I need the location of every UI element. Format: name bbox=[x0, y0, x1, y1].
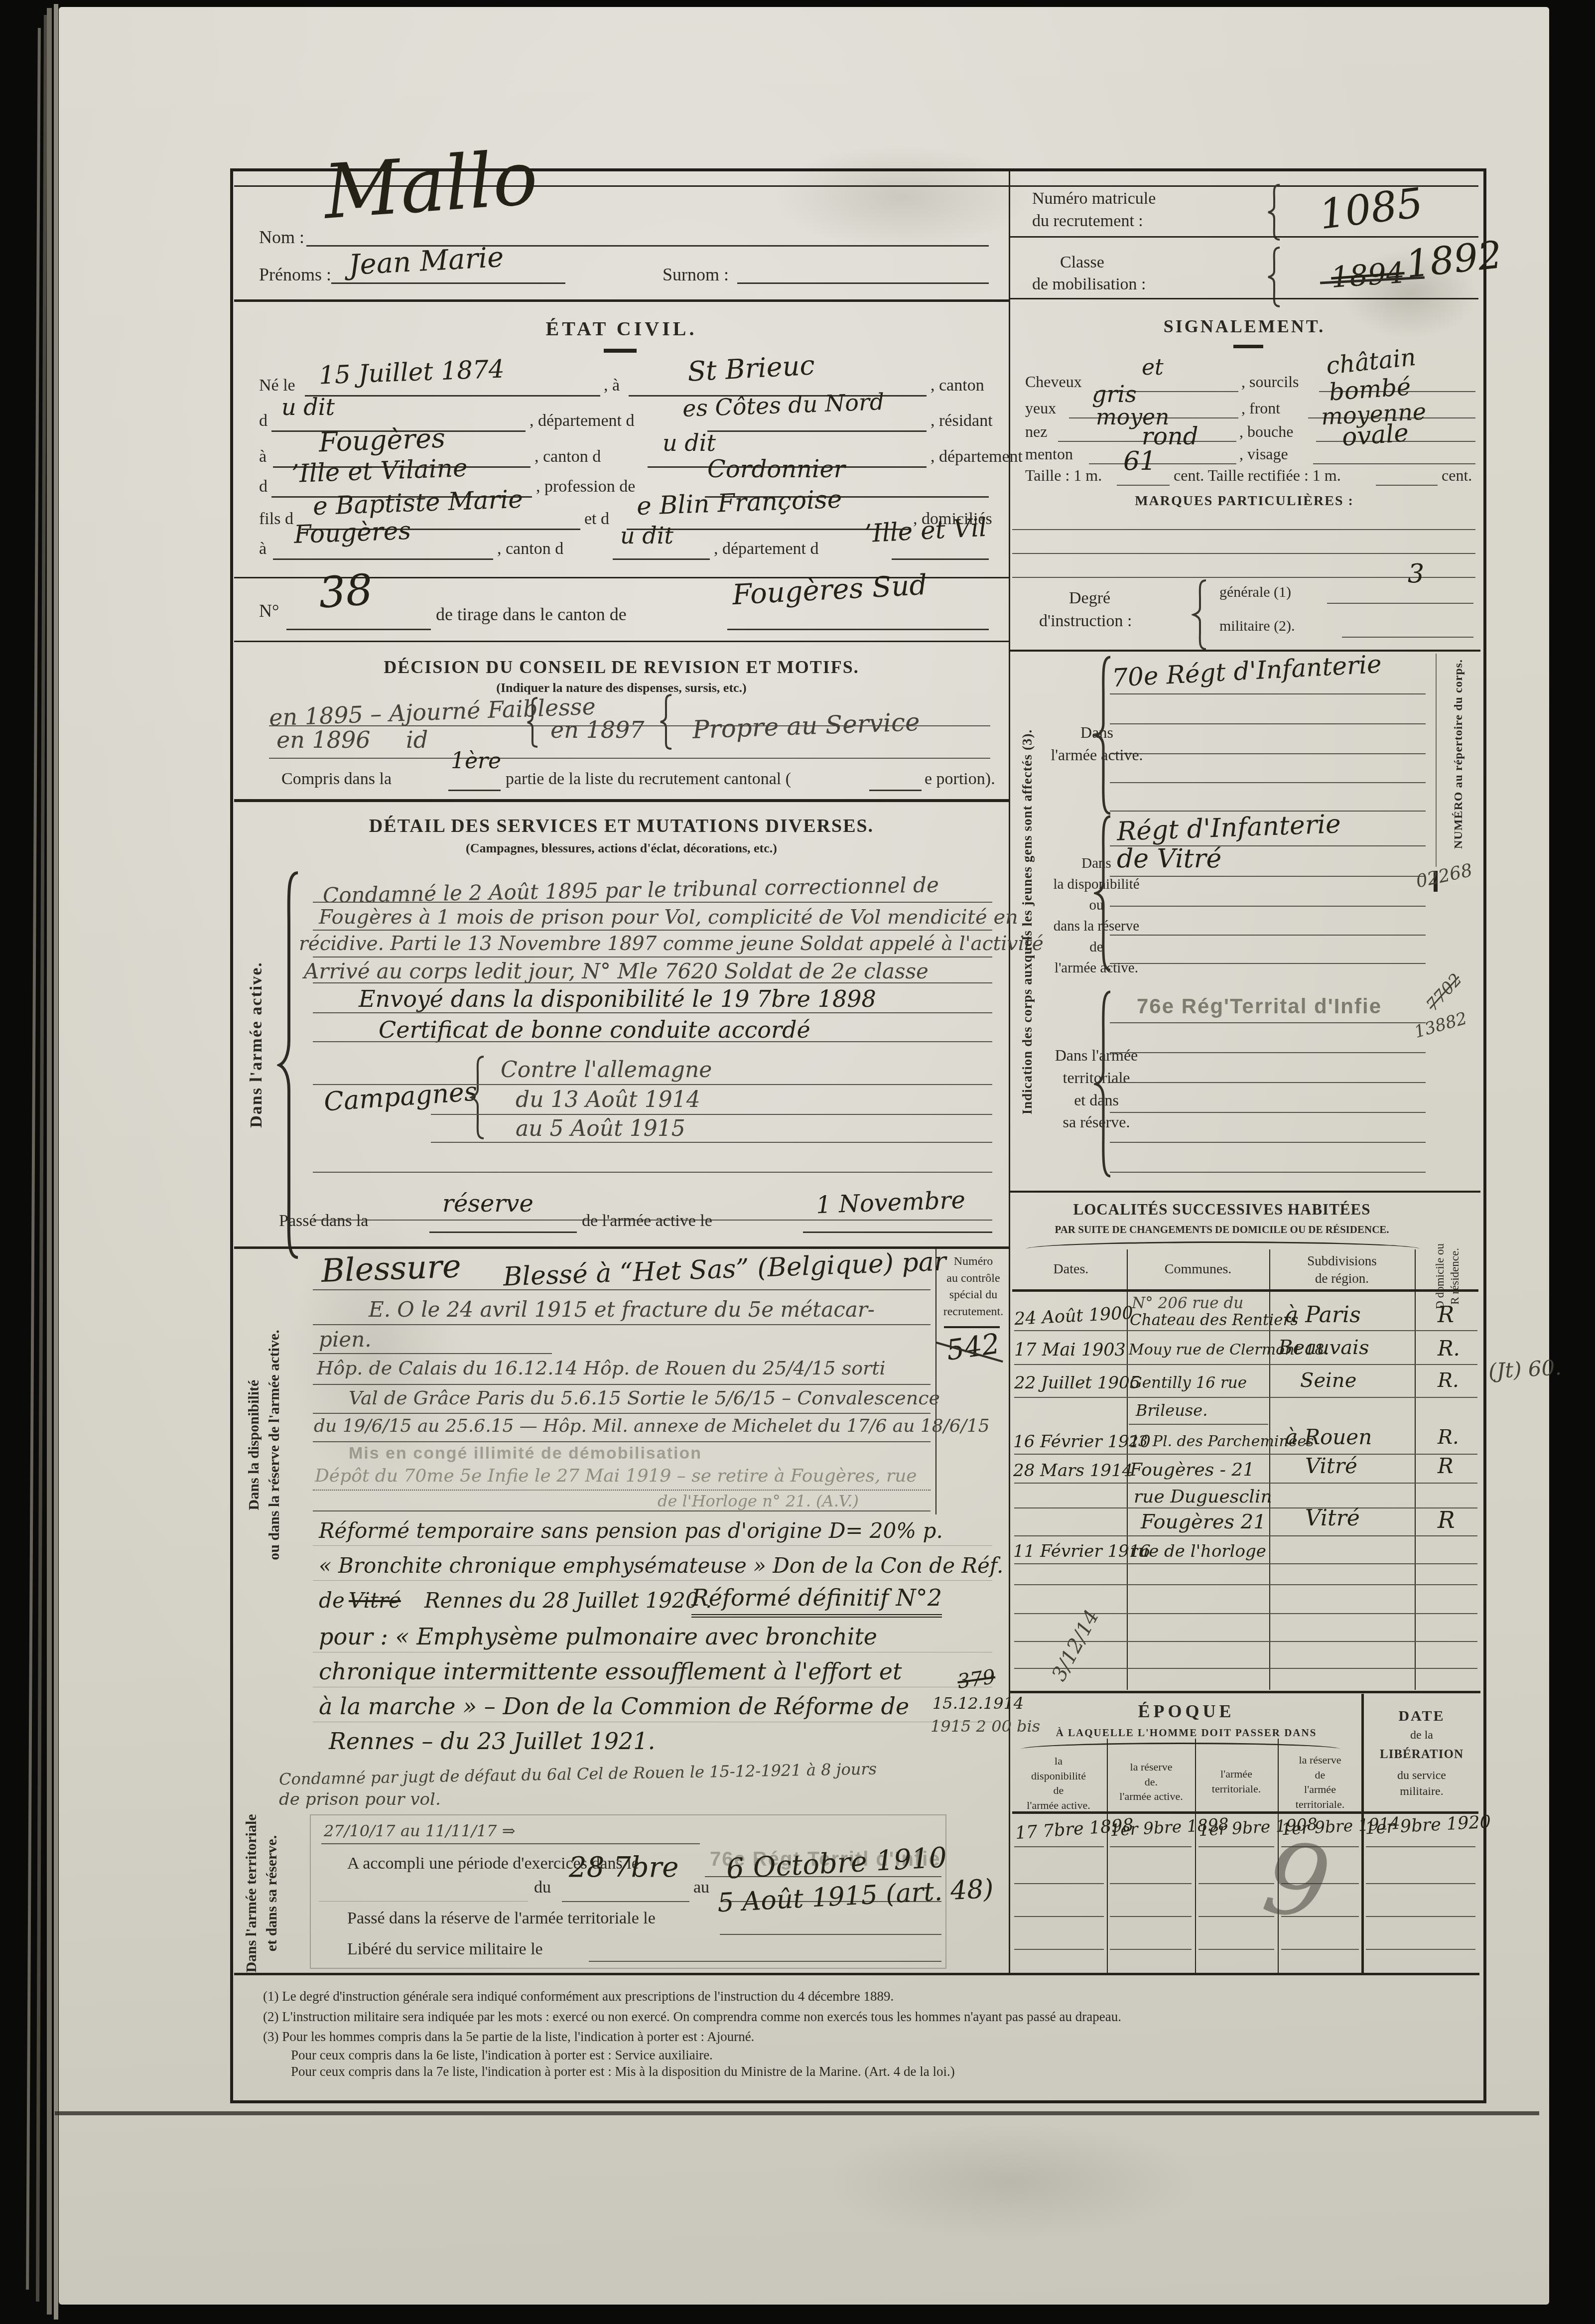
rule bbox=[1110, 1082, 1426, 1083]
table-vline bbox=[1195, 1739, 1196, 1973]
rule bbox=[1366, 1916, 1475, 1917]
reforme-line: de prison pour vol. bbox=[279, 1789, 441, 1809]
line bbox=[1010, 236, 1478, 238]
rule bbox=[273, 558, 493, 560]
paper-stain bbox=[822, 2122, 1200, 2242]
section-line bbox=[234, 641, 1009, 642]
fils-de-label: fils d bbox=[259, 510, 293, 529]
rule bbox=[562, 1901, 689, 1902]
rule bbox=[313, 1084, 992, 1085]
liberation-header-dela: de la bbox=[1365, 1729, 1478, 1742]
reforme-struck-word: Vitré bbox=[349, 1588, 401, 1613]
rule bbox=[1198, 1949, 1274, 1950]
passe-territoriale-label: Passé dans la réserve de l'armée territo… bbox=[347, 1909, 656, 1928]
reforme-line-mid: Rennes du 28 Juillet 1920 . bbox=[424, 1588, 712, 1613]
reforme-line: Rennes – du 23 Juillet 1921. bbox=[329, 1728, 655, 1755]
footnote: Pour ceux compris dans la 6e liste, l'in… bbox=[263, 2048, 1496, 2063]
rule bbox=[1014, 1584, 1477, 1585]
rule bbox=[319, 1901, 528, 1902]
brace bbox=[659, 693, 672, 750]
rule bbox=[589, 1961, 941, 1962]
libere-label: Libéré du service militaire le bbox=[347, 1940, 543, 1959]
blessure-line: de l'Horloge n° 21. (A.V.) bbox=[658, 1492, 859, 1510]
localites-title: LOCALITÉS SUCCESSIVES HABITÉES bbox=[1010, 1201, 1434, 1219]
blessure-line: E. O le 24 avril 1915 et fracture du 5e … bbox=[369, 1297, 875, 1322]
footnote: (1) Le degré d'instruction générale sera… bbox=[263, 1989, 1496, 2004]
du-label: du bbox=[534, 1878, 551, 1897]
marques-label: MARQUES PARTICULIÈRES : bbox=[1010, 493, 1478, 509]
liberation-header-liberation: LIBÉRATION bbox=[1365, 1748, 1478, 1762]
rule bbox=[313, 1687, 992, 1687]
brace bbox=[1094, 815, 1112, 971]
campagne-value: Contre l'allemagne bbox=[501, 1057, 712, 1083]
reforme-line-prefix: de bbox=[319, 1588, 345, 1613]
instruction-generale-value: 3 bbox=[1408, 559, 1424, 589]
profession-value: Cordonnier bbox=[707, 455, 845, 483]
rule bbox=[1129, 1424, 1268, 1425]
compris-label-b: partie de la liste du recrutement canton… bbox=[506, 770, 791, 789]
yeux-label: yeux bbox=[1025, 399, 1056, 417]
table-top-line bbox=[1010, 1691, 1480, 1693]
canton-parents-value: u dit bbox=[620, 522, 673, 549]
rule bbox=[1089, 463, 1236, 464]
localite-subdiv: à Rouen bbox=[1285, 1425, 1372, 1449]
rule bbox=[1014, 1330, 1477, 1331]
rule bbox=[737, 282, 989, 284]
numero-tirage-label: N° bbox=[259, 600, 279, 621]
rule bbox=[313, 1413, 930, 1414]
visage-value: ovale bbox=[1341, 418, 1409, 451]
rule bbox=[1110, 1052, 1426, 1053]
brace bbox=[526, 696, 538, 748]
localite-dr: R. bbox=[1438, 1369, 1459, 1392]
canton-label: , canton bbox=[930, 376, 984, 395]
rule bbox=[1014, 1535, 1477, 1536]
taille-rectifiee-label: cent. Taille rectifiée : 1 m. bbox=[1174, 466, 1341, 485]
compris-label-a: Compris dans la bbox=[281, 770, 392, 789]
rule bbox=[321, 1843, 700, 1844]
localite-date: 17 Mai 1903 bbox=[1014, 1340, 1126, 1360]
rule bbox=[313, 1384, 930, 1385]
rule bbox=[1366, 1846, 1475, 1847]
controle-label: Numéro au contrôle spécial du recrutemen… bbox=[938, 1253, 1008, 1320]
etat-civil-title: ÉTAT CIVIL. bbox=[234, 317, 1009, 340]
rule bbox=[1198, 1846, 1274, 1847]
localite-dr: R. bbox=[1438, 1426, 1459, 1449]
canton-residence-value: u dit bbox=[663, 429, 716, 456]
rule bbox=[1012, 577, 1475, 578]
footnote: Pour ceux compris dans la 7e liste, l'in… bbox=[263, 2064, 1496, 2079]
localite-subdiv: Vitré bbox=[1305, 1505, 1360, 1531]
rule bbox=[313, 1172, 992, 1173]
passe-reserve-date: 1 Novembre bbox=[815, 1186, 966, 1219]
rule bbox=[1281, 1949, 1359, 1950]
services-line: Arrivé au corps ledit jour, N° Mle 7620 … bbox=[304, 959, 929, 983]
rule bbox=[313, 1510, 930, 1511]
margin-annotation: (Jt) 60. bbox=[1488, 1355, 1562, 1383]
services-line: récidive. Parti le 13 Novembre 1897 comm… bbox=[299, 933, 1044, 955]
sourcils-label: , sourcils bbox=[1241, 373, 1299, 391]
localite-commune2: Brileuse. bbox=[1136, 1401, 1207, 1420]
services-line: Envoyé dans la disponibilité le 19 7bre … bbox=[359, 985, 876, 1012]
reforme-line: pour : « Emphysème pulmonaire avec bronc… bbox=[319, 1623, 877, 1650]
rule bbox=[1014, 1883, 1104, 1884]
nom-value: Mallo bbox=[321, 135, 540, 236]
degre-label-1: Degré bbox=[1069, 589, 1110, 608]
blessure-line: du 19/6/15 au 25.6.15 — Hôp. Mil. annexe… bbox=[314, 1416, 990, 1436]
rule bbox=[707, 430, 927, 432]
instruction-militaire-label: militaire (2). bbox=[1219, 618, 1295, 635]
decision-line2b: id bbox=[406, 726, 428, 753]
rule bbox=[1014, 1397, 1477, 1398]
rule bbox=[1110, 1916, 1192, 1917]
reforme-line: à la marche » – Don de la Commion de Réf… bbox=[319, 1693, 909, 1720]
footnote: (3) Pour les hommes compris dans la 5e p… bbox=[263, 2029, 1496, 2045]
footnote: (2) L'instruction militaire sera indiqué… bbox=[263, 2009, 1496, 2025]
nez-label: nez bbox=[1025, 422, 1047, 441]
blessure-line: pien. bbox=[319, 1327, 372, 1352]
rule bbox=[1110, 1172, 1426, 1173]
rule bbox=[803, 1231, 992, 1233]
numero-repertoire-line bbox=[1436, 654, 1437, 867]
nom-label: Nom : bbox=[259, 227, 304, 248]
reforme-line: Réformé temporaire sans pension pas d'or… bbox=[319, 1518, 943, 1543]
section-line-thick bbox=[1010, 650, 1480, 652]
passe-reserve-value: réserve bbox=[442, 1190, 533, 1218]
localite-dr: R. bbox=[1438, 1336, 1460, 1361]
rule bbox=[1014, 1364, 1477, 1365]
rule bbox=[331, 282, 565, 284]
rule bbox=[313, 1041, 992, 1042]
rule bbox=[313, 902, 992, 903]
rule bbox=[1110, 845, 1426, 846]
canton-naissance-value: u dit bbox=[281, 394, 335, 420]
rule bbox=[1110, 1883, 1192, 1884]
rule bbox=[727, 629, 989, 630]
localite-subdiv: Beauvais bbox=[1278, 1336, 1369, 1359]
rule bbox=[1110, 1846, 1192, 1847]
rule bbox=[305, 395, 600, 397]
rule bbox=[1313, 463, 1475, 464]
rule bbox=[1117, 485, 1170, 486]
epoque-col4-header: la réserve de l'armée territoriale. bbox=[1279, 1753, 1361, 1812]
blessure-word: Blessure bbox=[321, 1248, 462, 1290]
epoque-col3-header: l'armée territoriale. bbox=[1196, 1767, 1276, 1796]
table-header-line bbox=[1012, 1811, 1478, 1814]
rule bbox=[1366, 1949, 1475, 1950]
rule bbox=[313, 1652, 992, 1652]
epoque-col1-header: la disponibilité de l'armée active. bbox=[1011, 1754, 1106, 1813]
scanned-register-page: Nom : Mallo Prénoms : Jean Marie Surnom … bbox=[0, 0, 1595, 2324]
rule bbox=[313, 1490, 930, 1491]
instruction-generale-label: générale (1) bbox=[1219, 584, 1291, 601]
rule bbox=[1012, 553, 1475, 554]
departement-d3-label: , département d bbox=[714, 540, 819, 558]
yeux-value: gris bbox=[1092, 381, 1137, 408]
cheveux-value: et bbox=[1142, 355, 1164, 380]
periode-note: 27/10/17 au 11/11/17 ⇒ bbox=[324, 1821, 515, 1840]
residant-label: , résidant bbox=[930, 411, 993, 430]
du-value: 28 7bre bbox=[569, 1851, 678, 1884]
prenoms-label: Prénoms : bbox=[259, 264, 331, 285]
decision-title: DÉCISION DU CONSEIL DE REVISION ET MOTIF… bbox=[234, 657, 1009, 678]
line bbox=[1010, 298, 1478, 299]
rule bbox=[1342, 637, 1473, 638]
brace bbox=[1192, 579, 1207, 651]
rule bbox=[1110, 782, 1426, 783]
decision-subtitle: (Indiquer la nature des dispenses, sursi… bbox=[234, 681, 1009, 695]
title-dash bbox=[604, 349, 637, 353]
a2-label: à bbox=[259, 447, 266, 466]
armee-active-marginal-label: Dans l'armée active. bbox=[247, 905, 266, 1184]
rule bbox=[1110, 1112, 1426, 1113]
localite-commune2: rue Duguesclin bbox=[1134, 1487, 1272, 1507]
table-vline bbox=[1107, 1739, 1108, 1973]
decision-line2c: en 1897 bbox=[550, 716, 645, 743]
localite-subdiv: Vitré bbox=[1305, 1454, 1357, 1478]
localites-col-communes: Communes. bbox=[1130, 1261, 1266, 1277]
campagne-value: au 5 Août 1915 bbox=[516, 1116, 685, 1141]
compris-value: 1ère bbox=[451, 748, 501, 774]
departement2-label: , département bbox=[930, 447, 1023, 466]
rule bbox=[313, 1441, 930, 1442]
brace bbox=[1266, 183, 1281, 241]
localite-subdiv: Seine bbox=[1300, 1369, 1356, 1392]
reforme-definitif: Réformé définitif N°2 bbox=[691, 1584, 942, 1618]
rule bbox=[1014, 1454, 1477, 1455]
liberation-header-service: du service militaire. bbox=[1365, 1768, 1478, 1800]
rule bbox=[431, 1114, 992, 1115]
rule bbox=[448, 790, 501, 791]
services-subtitle: (Campagnes, blessures, actions d'éclat, … bbox=[234, 841, 1009, 856]
rule bbox=[1110, 1142, 1426, 1143]
brace bbox=[1094, 990, 1112, 1178]
residence-value: Fougères bbox=[318, 422, 446, 458]
localite-date: 22 Juillet 1905 bbox=[1014, 1373, 1140, 1393]
profession-label: , profession de bbox=[536, 477, 635, 496]
matricule-label-1: Numéro matricule bbox=[1032, 189, 1156, 208]
epoque-col2-header: la réserve de. l'armée active. bbox=[1109, 1760, 1194, 1804]
tirage-text: de tirage dans le canton de bbox=[436, 604, 627, 625]
localite-commune: Gentilly 16 rue bbox=[1130, 1374, 1247, 1392]
rule bbox=[1014, 1949, 1104, 1950]
degre-label-2: d'instruction : bbox=[1039, 612, 1132, 631]
au-label: au bbox=[693, 1878, 709, 1897]
rule bbox=[313, 1289, 930, 1290]
rule bbox=[720, 1934, 941, 1935]
front-label: , front bbox=[1241, 399, 1280, 417]
rule bbox=[313, 1580, 992, 1581]
rule bbox=[431, 1142, 992, 1143]
rule bbox=[1110, 1022, 1426, 1023]
rule bbox=[1198, 1883, 1274, 1884]
departement-label: , département d bbox=[530, 411, 635, 430]
localite-commune: rue de l'horloge bbox=[1130, 1541, 1266, 1561]
visage-label: , visage bbox=[1239, 445, 1288, 463]
numero-tirage-value: 38 bbox=[317, 565, 375, 618]
d-label: d bbox=[259, 411, 267, 430]
classe-label-2: de mobilisation : bbox=[1032, 275, 1146, 294]
taille-label: Taille : 1 m. bbox=[1025, 466, 1102, 485]
reforme-line: « Bronchite chronique emphysémateuse » D… bbox=[319, 1553, 1003, 1578]
rule bbox=[313, 1545, 992, 1546]
campagne-value: du 13 Août 1914 bbox=[516, 1087, 700, 1112]
classe-label-1: Classe bbox=[1060, 253, 1104, 272]
rule bbox=[1110, 693, 1426, 694]
blessure-line: Hôp. de Calais du 16.12.14 Hôp. de Rouen… bbox=[317, 1357, 886, 1379]
footnote-separator bbox=[234, 1973, 1479, 1975]
rule bbox=[1014, 1563, 1477, 1564]
epoque-title: ÉPOQUE bbox=[1010, 1701, 1362, 1722]
table-top-line bbox=[1010, 1191, 1480, 1193]
book-edge-strip bbox=[47, 8, 52, 2315]
services-title: DÉTAIL DES SERVICES ET MUTATIONS DIVERSE… bbox=[234, 815, 1009, 837]
localites-subtitle: PAR SUITE DE CHANGEMENTS DE DOMICILE OU … bbox=[1010, 1224, 1434, 1236]
localite-dr: R bbox=[1438, 1454, 1454, 1478]
section-line-thick bbox=[234, 799, 1009, 802]
localite-commune: Fougères 21 bbox=[1141, 1510, 1266, 1533]
blessure-line: Val de Grâce Paris du 5.6.15 Sortie le 5… bbox=[349, 1387, 940, 1409]
liberation-header-date: DATE bbox=[1365, 1708, 1478, 1725]
rule bbox=[1014, 1846, 1104, 1847]
decision-line2a: en 1896 bbox=[276, 726, 371, 753]
signalement-title: SIGNALEMENT. bbox=[1010, 316, 1478, 337]
blessure-line: Dépôt du 70me 5e Infie le 27 Mai 1919 – … bbox=[315, 1466, 917, 1486]
cent-label: cent. bbox=[1442, 466, 1472, 485]
page-bottom-shadow bbox=[55, 2111, 1539, 2115]
a3-label: à bbox=[259, 540, 266, 558]
reforme-line: chronique intermittente essoufflement à … bbox=[319, 1658, 902, 1685]
compris-label-c: e portion). bbox=[925, 770, 995, 789]
rule bbox=[313, 1722, 992, 1722]
surnom-label: Surnom : bbox=[663, 264, 729, 285]
localite-commune: Chateau des Rentiers bbox=[1130, 1311, 1298, 1329]
canton-d2-label: , canton d bbox=[497, 540, 563, 558]
d2-label: d bbox=[259, 477, 267, 496]
disponibilite-marginal-label: Dans la disponibilité ou dans la réserve… bbox=[244, 1196, 284, 1694]
taille-value: 61 bbox=[1123, 446, 1156, 476]
lieu-naissance-value: St Brieuc bbox=[687, 349, 816, 387]
et-de-label: et d bbox=[584, 510, 609, 529]
classe-struck-value: 1894 bbox=[1330, 256, 1406, 294]
localite-subdiv: à Paris bbox=[1285, 1302, 1361, 1328]
rule bbox=[1110, 1949, 1192, 1950]
localite-dr: R bbox=[1438, 1506, 1455, 1533]
rule bbox=[1014, 1916, 1104, 1917]
brace bbox=[1094, 656, 1112, 815]
title-dash bbox=[1233, 345, 1263, 348]
menton-label: menton bbox=[1025, 445, 1073, 463]
a-label: , à bbox=[604, 376, 620, 395]
brace bbox=[469, 1055, 485, 1140]
canton-d-label: , canton d bbox=[534, 447, 601, 466]
rule bbox=[1012, 529, 1475, 530]
services-line: Certificat de bonne conduite accordé bbox=[379, 1016, 810, 1043]
rule bbox=[1014, 1483, 1477, 1484]
rule bbox=[1014, 1507, 1477, 1508]
rule bbox=[313, 1324, 930, 1325]
localites-col-dates: Dates. bbox=[1021, 1261, 1121, 1277]
passe-reserve-label-b: de l'armée active le bbox=[582, 1212, 712, 1230]
localite-date: 28 Mars 1914 bbox=[1013, 1461, 1133, 1481]
rule bbox=[1376, 485, 1438, 486]
rule bbox=[892, 558, 989, 560]
rule bbox=[869, 790, 922, 791]
rule bbox=[313, 982, 992, 983]
rule bbox=[1014, 1668, 1477, 1669]
table-vline bbox=[1415, 1249, 1416, 1690]
rule bbox=[429, 1231, 577, 1233]
domicile-parents-value: Fougères bbox=[293, 516, 411, 549]
rule bbox=[286, 629, 431, 630]
rule bbox=[1366, 1883, 1475, 1884]
localite-commune-pre: N° 206 rue du bbox=[1132, 1294, 1243, 1312]
localite-commune: Fougères - 21 bbox=[1130, 1460, 1254, 1480]
cheveux-label: Cheveux bbox=[1025, 373, 1082, 391]
table-header-line bbox=[1012, 1289, 1478, 1292]
territoriale-marginal-label: Dans l'armée territoriale et dans sa rés… bbox=[242, 1784, 282, 2003]
epoque-subtitle: À LAQUELLE L'HOMME DOIT PASSER DANS bbox=[1010, 1727, 1362, 1739]
bouche-label: , bouche bbox=[1239, 422, 1293, 441]
passe-reserve-label-a: Passé dans la bbox=[279, 1212, 368, 1230]
rule bbox=[613, 558, 710, 560]
controle-divider bbox=[935, 1248, 936, 1514]
localite-dr: R bbox=[1438, 1302, 1454, 1328]
matricule-label-2: du recrutement : bbox=[1032, 212, 1143, 231]
services-line: Fougères à 1 mois de prison pour Vol, co… bbox=[319, 906, 1018, 929]
corps-territorial-stamp: 76e Rég'Territal d'Infie bbox=[1137, 994, 1382, 1018]
localites-col-subdivisions: Subdivisions de région. bbox=[1272, 1252, 1412, 1287]
rule bbox=[313, 930, 992, 931]
rule bbox=[1327, 603, 1473, 604]
rule bbox=[313, 1353, 552, 1354]
rule bbox=[269, 758, 990, 759]
ne-le-label: Né le bbox=[259, 376, 295, 395]
departement-residence-value: ’Ille et Vilaine bbox=[291, 453, 468, 488]
header-separator bbox=[234, 299, 1009, 302]
rule bbox=[313, 957, 992, 957]
book-edge-strip bbox=[54, 4, 58, 2320]
demobilisation-stamp: Mis en congé illimité de démobilisation bbox=[349, 1444, 702, 1463]
rule bbox=[313, 1012, 992, 1013]
numero-repertoire-marginal-label: NUMÉRO au répertoire du corps. bbox=[1452, 645, 1465, 864]
